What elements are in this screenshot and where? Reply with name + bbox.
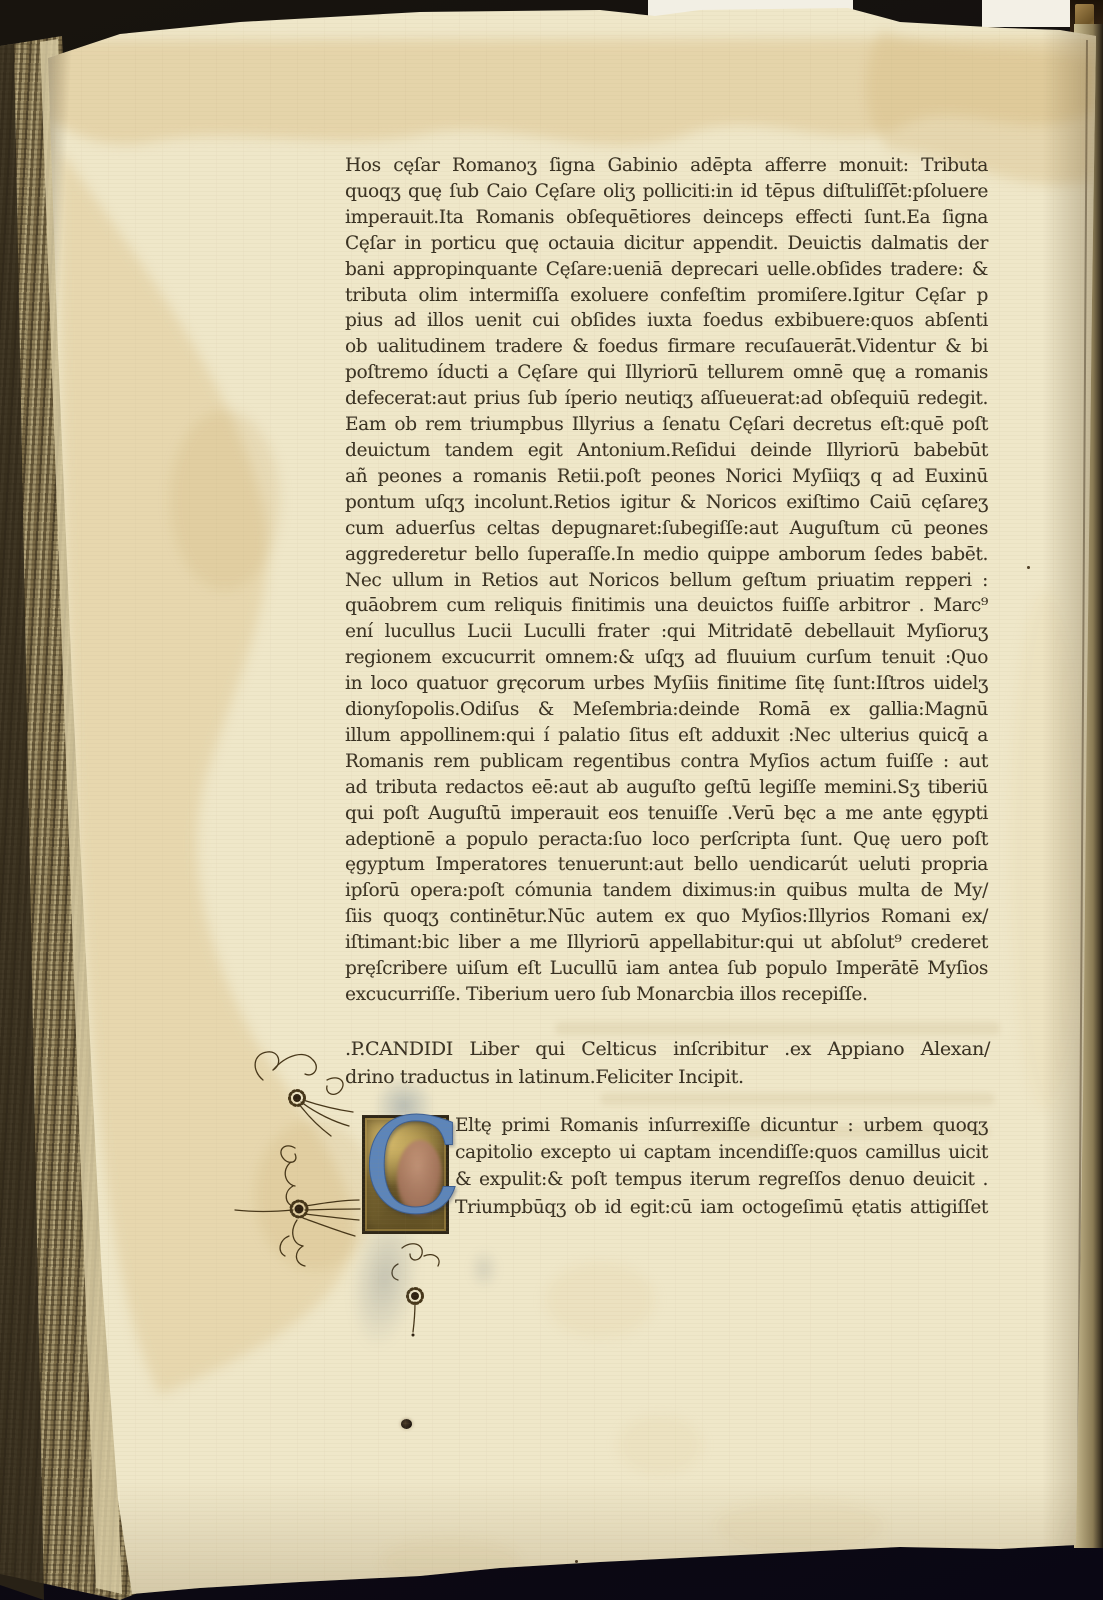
ink-smudge	[468, 1248, 500, 1290]
illuminated-initial: C	[362, 1115, 449, 1234]
bottom-edge-shadow	[120, 1480, 1080, 1595]
text-line: adeptionē a populo peracta:ſuo loco perſ…	[345, 827, 988, 853]
text-line: qui poſt Auguſtū imperauit eos tenuiſſe …	[345, 801, 988, 827]
text-line: iſtimant:bic liber a me Illyriorū appell…	[345, 930, 988, 956]
text-line: cum aduerſus celtas depugnaret:ſubegiſſe…	[345, 516, 988, 542]
text-line: deuictum tandem egit Antonium.Reſidui de…	[345, 438, 988, 464]
text-line: Nec ullum in Retios aut Noricos bellum g…	[345, 568, 988, 594]
text-line: imperauit.Ita Romanis obſequētiores dein…	[345, 205, 988, 231]
text-line: ení lucullus Lucii Luculli frater :qui M…	[345, 619, 988, 645]
paper-speck	[1027, 566, 1030, 569]
ink-smudge	[342, 1226, 424, 1352]
text-line: capitolio excepto ui captam incendiſſe:q…	[455, 1139, 988, 1166]
book-page: Hos cęſar Romanoʒ ſigna Gabinio adēpta a…	[0, 0, 1103, 1600]
text-line: ad tributa redactos eē:aut ab auguſto ge…	[345, 775, 988, 801]
text-line: regionem excucurrit omnem:& uſqʒ ad fluu…	[345, 645, 988, 671]
heading-line: .P.CANDIDI Liber qui Celticus inſcribitu…	[345, 1036, 990, 1064]
opening-paragraph: Eltę primi Romanis inſurrexiſſe dicuntur…	[455, 1112, 988, 1221]
wormhole	[401, 1419, 412, 1429]
text-line: & expulit:& poſt tempus iterum regreſſos…	[455, 1166, 988, 1193]
text-line: ob ualitudinem tradere & foedus firmare …	[345, 334, 988, 360]
text-line: pius ad illos uenit cui obſides iuxta fo…	[345, 308, 988, 334]
text-line: Eltę primi Romanis inſurrexiſſe dicuntur…	[455, 1112, 988, 1139]
text-line: pręſcribere uiſum eſt Lucullū iam antea …	[345, 956, 988, 982]
paper-speck	[575, 1560, 578, 1563]
text-line: ſiis quoqʒ continētur.Nūc autem ex quo M…	[345, 904, 988, 930]
text-line: defecerat:aut prius ſub íperio neutiqʒ a…	[345, 386, 988, 412]
incipit-heading: .P.CANDIDI Liber qui Celticus inſcribitu…	[345, 1036, 990, 1091]
text-line: ipſorū opera:poſt cómunia tandem diximus…	[345, 878, 988, 904]
text-line: pontum uſqʒ incolunt.Retios igitur & Nor…	[345, 490, 988, 516]
text-line: Triumpbūqʒ ob id egit:cū iam octogeſimū …	[455, 1194, 988, 1221]
text-line: Romanis rem publicam regentibus contra M…	[345, 749, 988, 775]
text-line: tributa olim intermiſſa exoluere confeſt…	[345, 283, 988, 309]
text-line: Eam ob rem triumpbus Illyrius a ſenatu C…	[345, 412, 988, 438]
text-line: in loco quatuor gręcorum urbes Myſiis fi…	[345, 671, 988, 697]
main-text-block: Hos cęſar Romanoʒ ſigna Gabinio adēpta a…	[345, 153, 988, 1008]
text-line: ęgyptum Imperatores tenuerunt:aut bello …	[345, 852, 988, 878]
book-photograph: Hos cęſar Romanoʒ ſigna Gabinio adēpta a…	[0, 0, 1103, 1600]
text-line: excucurriſſe. Tiberium uero ſub Monarcbi…	[345, 982, 988, 1008]
drop-cap-letter: C	[362, 1101, 463, 1233]
text-line: illum appollinem:qui í palatio ſitus eſt…	[345, 723, 988, 749]
pen-flourish	[235, 1146, 360, 1266]
pen-flourish	[255, 1052, 353, 1136]
heading-line: drino traductus in latinum.Feliciter Inc…	[345, 1064, 990, 1092]
text-line: añ peones a romanis Retii.poſt peones No…	[345, 464, 988, 490]
text-line: quoqʒ quę ſub Caio Cęſare oliʒ polliciti…	[345, 179, 988, 205]
text-line: quāobrem cum reliquis finitimis una deui…	[345, 593, 988, 619]
paper-sliver-top-right	[982, 0, 1078, 27]
text-line: Cęſar in porticu quę octauia dicitur app…	[345, 231, 988, 257]
text-line: Hos cęſar Romanoʒ ſigna Gabinio adēpta a…	[345, 153, 988, 179]
text-line: aggrederetur bello ſuperaſſe.In medio qu…	[345, 542, 988, 568]
paper-speck	[744, 1586, 746, 1588]
text-line: poſtremo íducti a Cęſare qui Illyriorū t…	[345, 360, 988, 386]
text-line: dionyſopolis.Odiſus & Meſembria:deinde R…	[345, 697, 988, 723]
text-line: bani appropinquante Cęſare:ueniā depreca…	[345, 257, 988, 283]
